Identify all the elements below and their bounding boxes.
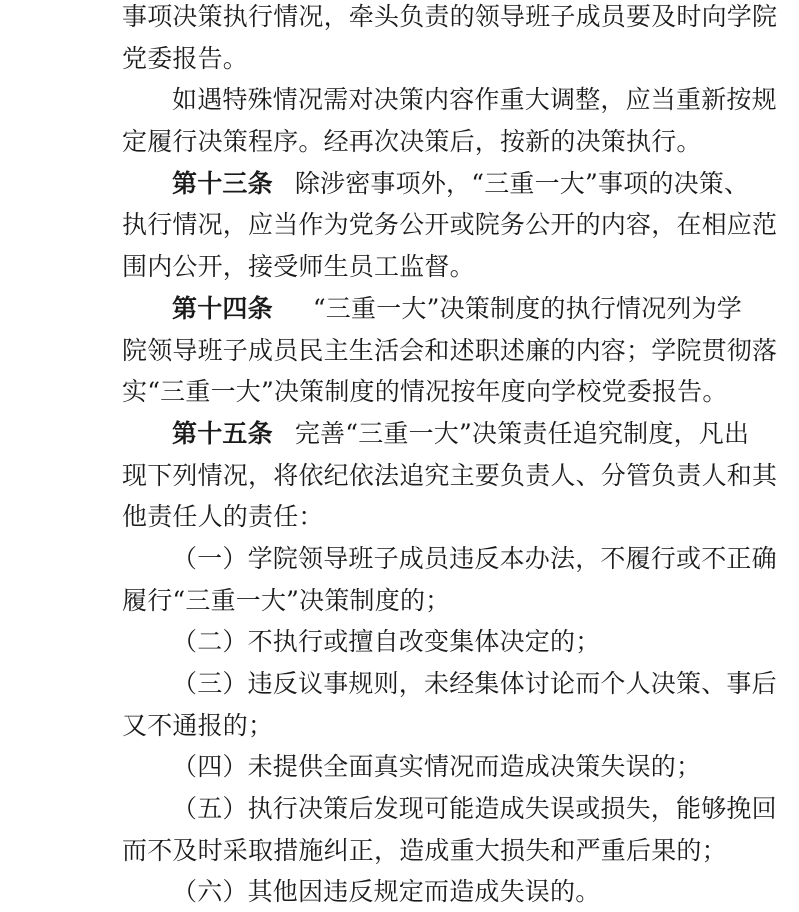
article-label: 第十四条: [172, 294, 273, 323]
paragraph-line: 院领导班子成员民主生活会和述职述廉的内容；学院贯彻落: [122, 330, 682, 372]
paragraph-line: 定履行决策程序。经再次决策后，按新的决策执行。: [122, 121, 682, 163]
paragraph-line: 现下列情况，将依纪依法追究主要负责人、分管负责人和其: [122, 455, 682, 497]
list-item-2: （二）不执行或擅自改变集体决定的；: [122, 621, 682, 663]
paragraph-line: 实“三重一大”决策制度的情况按年度向学校党委报告。: [122, 371, 682, 413]
list-item-1-cont: 履行“三重一大”决策制度的；: [122, 580, 682, 622]
article-text: “三重一大”决策制度的执行情况列为学: [313, 294, 742, 323]
list-item-5-cont: 而不及时采取措施纠正，造成重大损失和严重后果的；: [122, 830, 682, 872]
list-item-5: （五）执行决策后发现可能造成失误或损失，能够挽回: [122, 788, 682, 830]
article-14-line: 第十四条“三重一大”决策制度的执行情况列为学: [122, 288, 682, 330]
paragraph-line: 执行情况，应当作为党务公开或院务公开的内容，在相应范: [122, 204, 682, 246]
paragraph-line: 事项决策执行情况，牵头负责的领导班子成员要及时向学院: [122, 0, 682, 38]
paragraph-line: 如遇特殊情况需对决策内容作重大调整，应当重新按规: [122, 79, 682, 121]
article-text: 完善“三重一大”决策责任追究制度，凡出: [295, 419, 749, 448]
article-text: 除涉密事项外，“三重一大”事项的决策、: [295, 169, 749, 198]
list-item-3-cont: 又不通报的；: [122, 705, 682, 747]
article-label: 第十五条: [172, 419, 273, 448]
article-15-line: 第十五条完善“三重一大”决策责任追究制度，凡出: [122, 413, 682, 455]
list-item-4: （四）未提供全面真实情况而造成决策失误的；: [122, 746, 682, 788]
paragraph-line: 围内公开，接受师生员工监督。: [122, 246, 682, 288]
document-page: 事项决策执行情况，牵头负责的领导班子成员要及时向学院 党委报告。 如遇特殊情况需…: [122, 0, 682, 912]
article-13-line: 第十三条除涉密事项外，“三重一大”事项的决策、: [122, 163, 682, 205]
list-item-1: （一）学院领导班子成员违反本办法，不履行或不正确: [122, 538, 682, 580]
article-label: 第十三条: [172, 169, 273, 198]
list-item-3: （三）违反议事规则，未经集体讨论而个人决策、事后: [122, 663, 682, 705]
paragraph-line: 党委报告。: [122, 38, 682, 80]
paragraph-line: 他责任人的责任：: [122, 496, 682, 538]
list-item-6: （六）其他因违反规定而造成失误的。: [122, 871, 682, 912]
